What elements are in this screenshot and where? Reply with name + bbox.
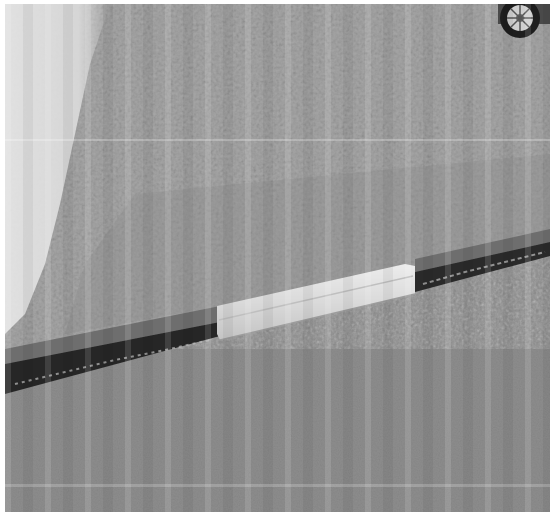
scene-svg [5, 4, 550, 512]
photograph [5, 4, 550, 512]
